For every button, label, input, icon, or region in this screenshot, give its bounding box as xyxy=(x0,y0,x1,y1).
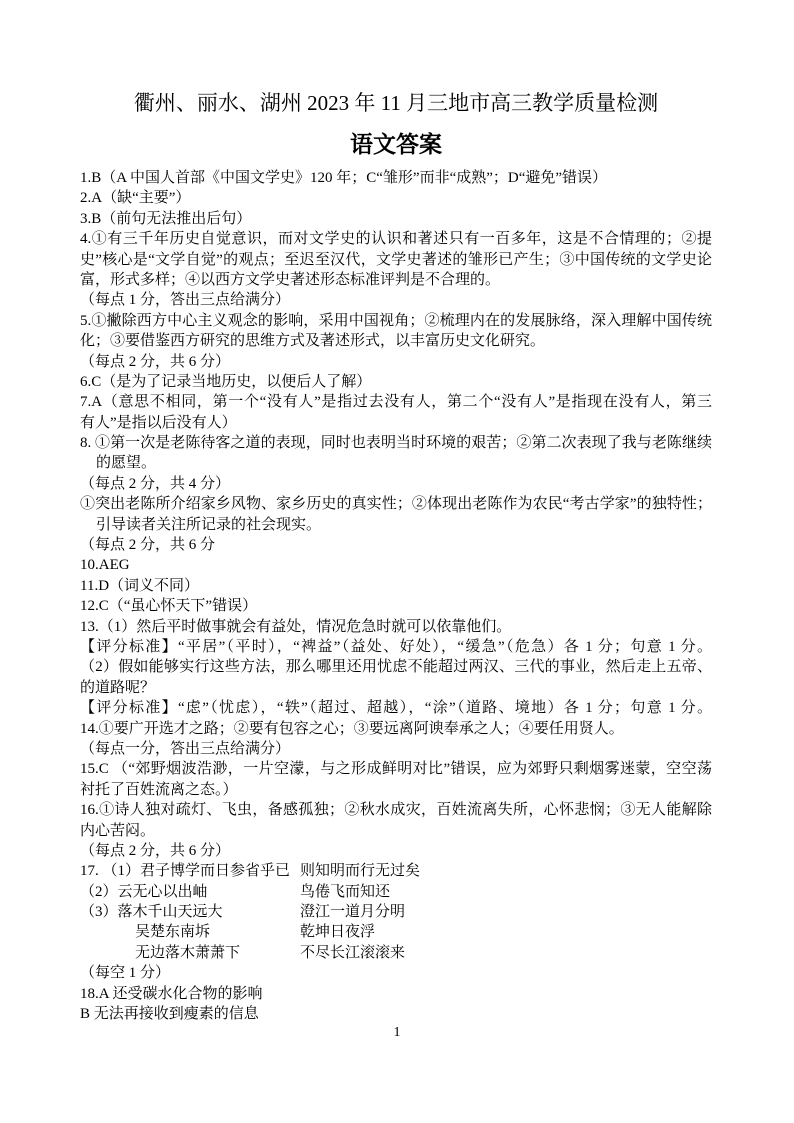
answer-line-text: 5.①撇除西方中心主义观念的影响，采用中国视角；②梳理内在的发展脉络，深入理解中… xyxy=(80,313,712,331)
answer-line: ①突出老陈所介绍家乡风物、家乡历史的真实性；②体现出老陈作为农民“考古学家”的独… xyxy=(80,494,712,514)
answer-line-text: 内心苦闷。 xyxy=(80,823,155,839)
answer-line-text: 18.A 还受碳水化合物的影响 xyxy=(80,986,263,1002)
answer-line-text: B 无法再接收到瘦素的信息 xyxy=(80,1006,259,1022)
answer-line-text: 10.AEG xyxy=(80,557,130,573)
answer-line-text: 引导读者关注所记录的社会现实。 xyxy=(96,517,321,533)
answer-line: 引导读者关注所记录的社会现实。 xyxy=(80,515,712,535)
answer-line-text: 15.C （“郊野烟波浩渺，一片空濛，与之形成鲜明对比”错误，应为郊野只剩烟雾迷… xyxy=(80,761,712,779)
answer-line: 内心苦闷。 xyxy=(80,821,712,841)
document-title: 衢州、丽水、湖州 2023 年 11 月三地市高三教学质量检测 xyxy=(80,88,712,118)
answer-line-text: （每点一分，答出三点给满分） xyxy=(80,741,290,757)
answer-line-text: 【评分标准】“平居”（平时），“裨益”（益处、好处），“缓急”（危急）各 1 分… xyxy=(80,639,712,655)
answer-line: 17. （1）君子博学而日参省乎已则知明而行无过矣 xyxy=(80,861,712,881)
answer-line-text: 的愿望。 xyxy=(96,455,156,471)
answer-line: 13.（1）然后平时做事就会有益处，情况危急时就可以依靠他们。 xyxy=(80,617,712,637)
answer-line: 2.A（缺“主要”） xyxy=(80,188,712,208)
answer-line-text: 17. （1）君子博学而日参省乎已 xyxy=(80,863,290,879)
answer-line-text: 化；③要借鉴西方研究的思维方式及著述形式，以丰富历史文化研究。 xyxy=(80,333,545,349)
answer-line: 11.D（词义不同） xyxy=(80,576,712,596)
answer-line: （每点一分，答出三点给满分） xyxy=(80,739,712,759)
answer-line-text: （每点 2 分，共 4 分） xyxy=(80,476,230,492)
answer-line-col2: 澄江一道月分明 xyxy=(300,902,405,922)
answer-line: 6.C（是为了记录当地历史，以便后人了解） xyxy=(80,372,712,392)
answer-line-text: 14.①要广开选才之路；②要有包容之心；③要远离阿谀奉承之人；④要任用贤人。 xyxy=(80,721,624,737)
answer-line-col2: 不尽长江滚滚来 xyxy=(300,943,405,963)
answer-line: 7.A（意思不相同，第一个“没有人”是指过去没有人，第二个“没有人”是指现在没有… xyxy=(80,392,712,412)
answer-line: B 无法再接收到瘦素的信息 xyxy=(80,1004,712,1024)
answer-line-text: 富，形式多样；④以西方文学史著述形态标准评判是不合理的。 xyxy=(80,272,500,288)
answer-line-text: 2.A（缺“主要”） xyxy=(80,190,190,206)
answer-line-text: 的道路呢？ xyxy=(80,680,155,696)
answer-line: 14.①要广开选才之路；②要有包容之心；③要远离阿谀奉承之人；④要任用贤人。 xyxy=(80,719,712,739)
answer-line-text: 6.C（是为了记录当地历史，以便后人了解） xyxy=(80,374,371,390)
answer-line-col2: 则知明而行无过矣 xyxy=(300,861,420,881)
answer-line: 1.B（A 中国人首部《中国文学史》120 年；C“雏形”而非“成熟”；D“避免… xyxy=(80,168,712,188)
answer-line-text: 1.B（A 中国人首部《中国文学史》120 年；C“雏形”而非“成熟”；D“避免… xyxy=(80,170,607,186)
answer-line: 化；③要借鉴西方研究的思维方式及著述形式，以丰富历史文化研究。 xyxy=(80,331,712,351)
answer-line-text: （每点 2 分，共 6 分） xyxy=(80,843,230,859)
answer-line: 16.①诗人独对疏灯、飞虫，备感孤独；②秋水成灾，百姓流离失所，心怀悲悯；③无人… xyxy=(80,800,712,820)
answer-line-col2: 鸟倦飞而知还 xyxy=(300,882,390,902)
answer-line: （每点 2 分，共 6 分） xyxy=(80,352,712,372)
answer-line-text: （每点 2 分，共 6 分 xyxy=(80,537,215,553)
answer-line-text: 13.（1）然后平时做事就会有益处，情况危急时就可以依靠他们。 xyxy=(80,619,511,635)
answer-line-text: 衬托了百姓流离之态。） xyxy=(80,782,238,798)
answer-line-text: 16.①诗人独对疏灯、飞虫，备感孤独；②秋水成灾，百姓流离失所，心怀悲悯；③无人… xyxy=(80,802,712,820)
answer-line: 吴楚东南坼乾坤日夜浮 xyxy=(80,922,712,942)
answer-line: 8. ①第一次是老陈待客之道的表现，同时也表明当时环境的艰苦；②第二次表现了我与… xyxy=(80,433,712,453)
answer-line: （每点 2 分，共 6 分 xyxy=(80,535,712,555)
answer-line-text: （3）落木千山天远大 xyxy=(80,904,223,920)
answer-line: 史”核心是“文学自觉”的观点；至迟至汉代，文学史著述的雏形已产生；③中国传统的文… xyxy=(80,250,712,270)
answer-line: 18.A 还受碳水化合物的影响 xyxy=(80,984,712,1004)
answer-line-text: 8. ①第一次是老陈待客之道的表现，同时也表明当时环境的艰苦；②第二次表现了我与… xyxy=(80,435,712,453)
answer-line: 富，形式多样；④以西方文学史著述形态标准评判是不合理的。 xyxy=(80,270,712,290)
page-number: 1 xyxy=(0,1024,794,1042)
answer-line-text: （每点 1 分，答出三点给满分） xyxy=(80,292,290,308)
answer-line: 无边落木萧萧下不尽长江滚滚来 xyxy=(80,943,712,963)
answer-line: 衬托了百姓流离之态。） xyxy=(80,780,712,800)
document-subtitle: 语文答案 xyxy=(80,131,712,157)
answer-line: （3）落木千山天远大澄江一道月分明 xyxy=(80,902,712,922)
answer-line-text: （2）假如能够实行这些方法，那么哪里还用忧虑不能超过两汉、三代的事业，然后走上五… xyxy=(80,659,712,677)
answer-line: 的愿望。 xyxy=(80,453,712,473)
answer-line: （2）假如能够实行这些方法，那么哪里还用忧虑不能超过两汉、三代的事业，然后走上五… xyxy=(80,657,712,677)
answer-line-text: （每点 2 分，共 6 分） xyxy=(80,354,230,370)
answer-line-text: ①突出老陈所介绍家乡风物、家乡历史的真实性；②体现出老陈作为农民“考古学家”的独… xyxy=(80,496,712,514)
answer-line: （每点 1 分，答出三点给满分） xyxy=(80,290,712,310)
answer-line: 10.AEG xyxy=(80,555,712,575)
document-content: 衢州、丽水、湖州 2023 年 11 月三地市高三教学质量检测 语文答案 1.B… xyxy=(80,88,712,1024)
answer-lines: 1.B（A 中国人首部《中国文学史》120 年；C“雏形”而非“成熟”；D“避免… xyxy=(80,168,712,1024)
answer-line: 15.C （“郊野烟波浩渺，一片空濛，与之形成鲜明对比”错误，应为郊野只剩烟雾迷… xyxy=(80,759,712,779)
answer-line-text: 7.A（意思不相同，第一个“没有人”是指过去没有人，第二个“没有人”是指现在没有… xyxy=(80,394,712,412)
answer-line: 【评分标准】“平居”（平时），“裨益”（益处、好处），“缓急”（危急）各 1 分… xyxy=(80,637,712,657)
answer-line: 3.B（前句无法推出后句） xyxy=(80,209,712,229)
answer-line-text: （2）云无心以出岫 xyxy=(80,884,208,900)
answer-line: （每空 1 分） xyxy=(80,963,712,983)
answer-line-text: 【评分标准】“虑”（忧虑），“轶”（超过、超越），“涂”（道路、境地）各 1 分… xyxy=(80,700,712,716)
answer-line-text: 3.B（前句无法推出后句） xyxy=(80,211,251,227)
answer-line-col2: 乾坤日夜浮 xyxy=(300,922,375,942)
answer-line: 12.C（“虽心怀天下”错误） xyxy=(80,596,712,616)
answer-line-text: 11.D（词义不同） xyxy=(80,578,199,594)
answer-line: （2）云无心以出岫鸟倦飞而知还 xyxy=(80,882,712,902)
answer-line: 的道路呢？ xyxy=(80,678,712,698)
document-page: 衢州、丽水、湖州 2023 年 11 月三地市高三教学质量检测 语文答案 1.B… xyxy=(0,0,794,1123)
answer-line-text: 史”核心是“文学自觉”的观点；至迟至汉代，文学史著述的雏形已产生；③中国传统的文… xyxy=(80,252,712,270)
answer-line-text: （每空 1 分） xyxy=(80,965,170,981)
answer-line: （每点 2 分，共 4 分） xyxy=(80,474,712,494)
answer-line-text: 4.①有三千年历史自觉意识，而对文学史的认识和著述只有一百多年，这是不合情理的；… xyxy=(80,231,712,249)
answer-line: 5.①撇除西方中心主义观念的影响，采用中国视角；②梳理内在的发展脉络，深入理解中… xyxy=(80,311,712,331)
answer-line-text: 有人”是指以后没有人） xyxy=(80,415,237,431)
answer-line-text: 12.C（“虽心怀天下”错误） xyxy=(80,598,257,614)
answer-line: 【评分标准】“虑”（忧虑），“轶”（超过、超越），“涂”（道路、境地）各 1 分… xyxy=(80,698,712,718)
answer-line-text: 吴楚东南坼 xyxy=(135,924,210,940)
answer-line: 有人”是指以后没有人） xyxy=(80,413,712,433)
answer-line: 4.①有三千年历史自觉意识，而对文学史的认识和著述只有一百多年，这是不合情理的；… xyxy=(80,229,712,249)
answer-line-text: 无边落木萧萧下 xyxy=(135,945,240,961)
answer-line: （每点 2 分，共 6 分） xyxy=(80,841,712,861)
